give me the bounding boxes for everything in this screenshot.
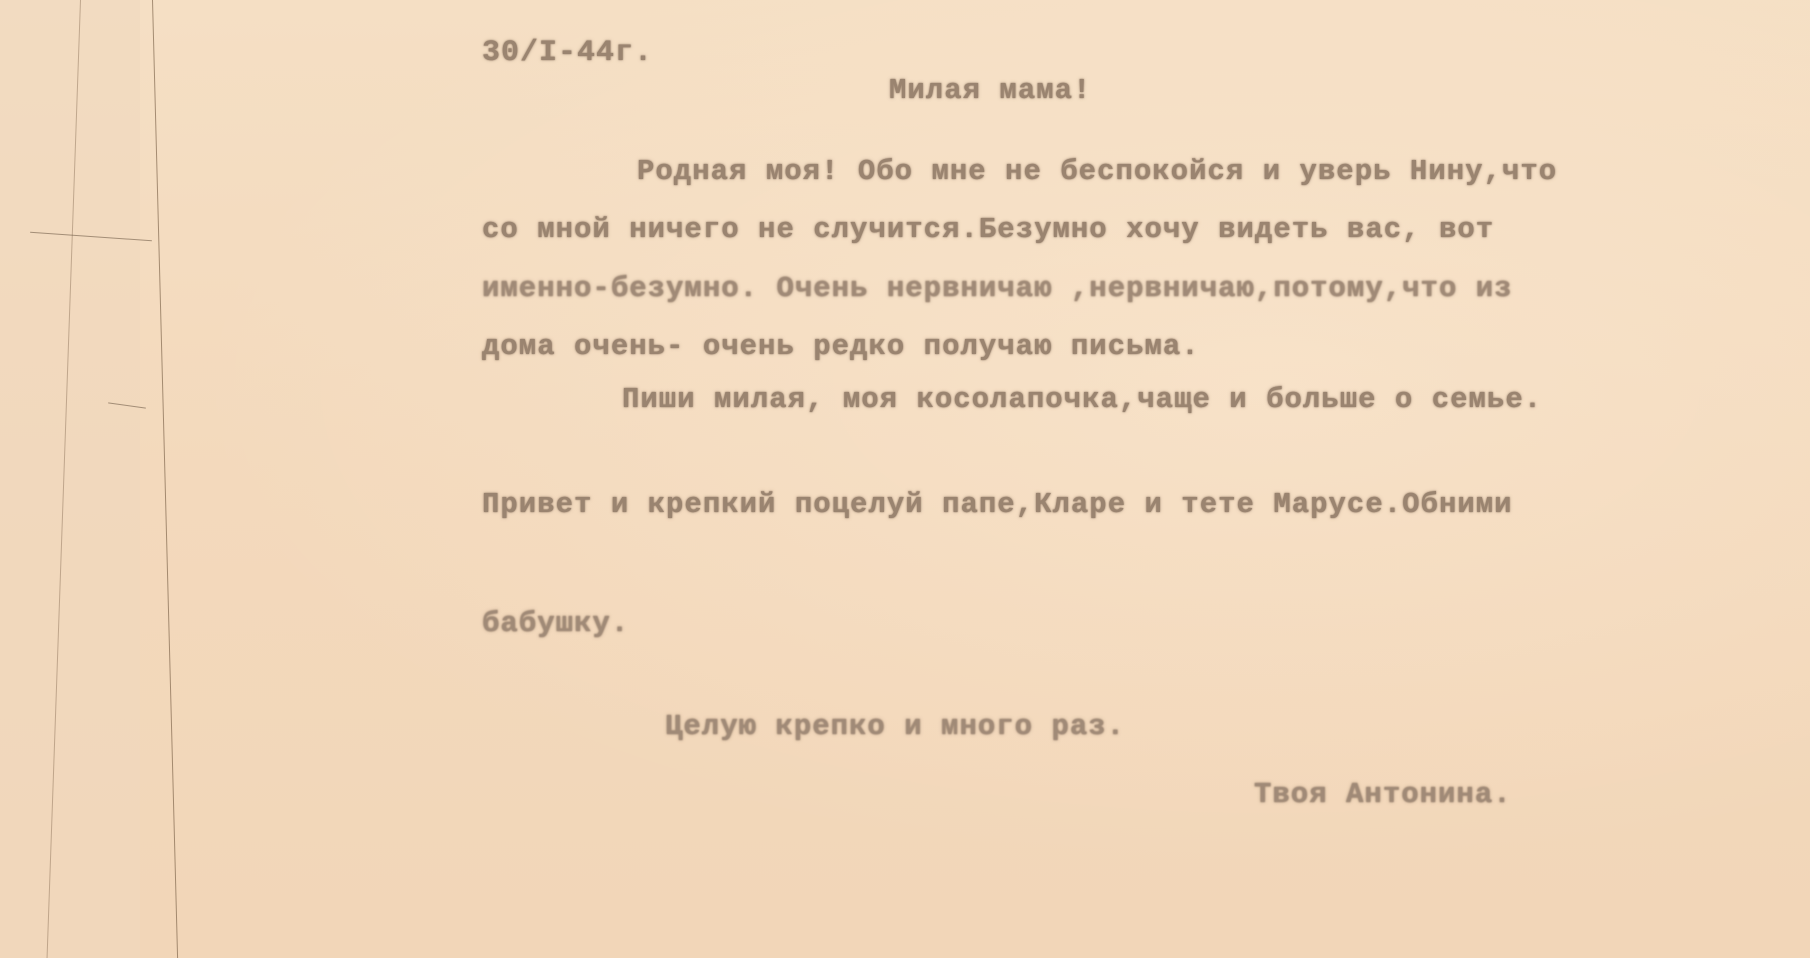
letter-signature: Твоя Антонина. [1254, 778, 1512, 811]
letter-line: Пиши милая, моя косолапочка,чаще и больш… [622, 383, 1542, 416]
letter-line: Родная моя! Обо мне не беспокойся и увер… [637, 155, 1557, 188]
underlying-sheet [0, 0, 140, 958]
letter-line: дома очень- очень редко получаю письма. [482, 330, 1200, 363]
letter-line: Привет и крепкий поцелуй папе,Кларе и те… [482, 488, 1513, 521]
letter-closing: Целую крепко и много раз. [665, 710, 1125, 743]
paper-background [0, 0, 1810, 958]
letter-salutation: Милая мама! [889, 74, 1091, 107]
letter-date: 30/I-44г. [482, 36, 653, 70]
letter-line: со мной ничего не случится.Безумно хочу … [482, 213, 1494, 246]
letter-line: именно-безумно. Очень нервничаю ,нервнич… [482, 272, 1513, 305]
letter-line: бабушку. [482, 607, 629, 640]
